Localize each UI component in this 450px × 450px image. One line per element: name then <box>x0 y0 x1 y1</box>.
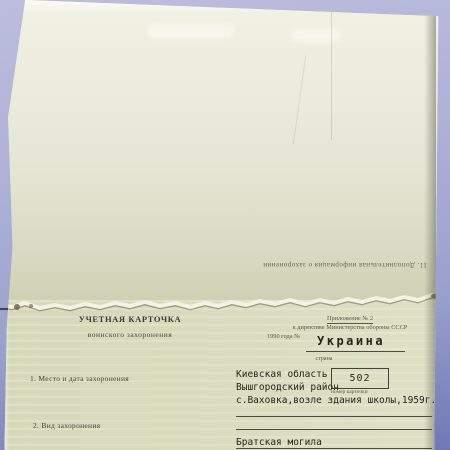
card-number-box: 502 <box>331 368 389 389</box>
annex-reference-line1: Приложение № 2 <box>262 315 438 322</box>
upside-down-back-text: 11. Дополнительная информация о захороне… <box>193 261 427 269</box>
place-district-line: Вышгородский район <box>236 382 339 393</box>
country-field-label: страна <box>292 356 356 362</box>
card-title: УЧЕТНАЯ КАРТОЧКА <box>55 314 205 324</box>
country-value: Украина <box>317 334 385 348</box>
field-place-date-label: 1. Место и дата захоронения <box>30 374 129 383</box>
paper-crease <box>293 55 307 144</box>
annex-reference-line2: к директиве Министерства обороны СССР <box>262 324 438 331</box>
ruled-line <box>236 448 432 449</box>
grave-type-value: Братская могила <box>236 437 322 448</box>
card-number-value: 502 <box>332 369 388 388</box>
annex-reference-line3: 1990 года № <box>267 333 300 340</box>
place-region-line: Киевская область <box>236 369 328 380</box>
paper-left-edge-highlight <box>0 290 10 450</box>
ruled-line <box>236 416 432 417</box>
paper-right-edge-shadow <box>424 0 436 450</box>
paper-top-edge-highlight <box>0 0 450 13</box>
card-subtitle: воинского захоронения <box>55 330 205 339</box>
paper-light-patch <box>150 27 232 36</box>
document-paper: 11. Дополнительная информация о захороне… <box>0 0 450 450</box>
paper-crease <box>331 0 332 140</box>
place-village-line: с.Ваховка,возле здания школы,1959г. <box>236 395 436 406</box>
upper-flap: 11. Дополнительная информация о захороне… <box>0 0 450 302</box>
field-grave-type-label: 2. Вид захоронения <box>33 421 100 430</box>
fold-torn-edge <box>0 287 450 315</box>
paper-light-patch <box>293 31 339 39</box>
country-underline <box>306 351 405 352</box>
photo-stage: 11. Дополнительная информация о захороне… <box>0 0 450 450</box>
annex-reference-underlined: Приложение № 2 <box>327 315 373 324</box>
ruled-line <box>236 429 432 430</box>
